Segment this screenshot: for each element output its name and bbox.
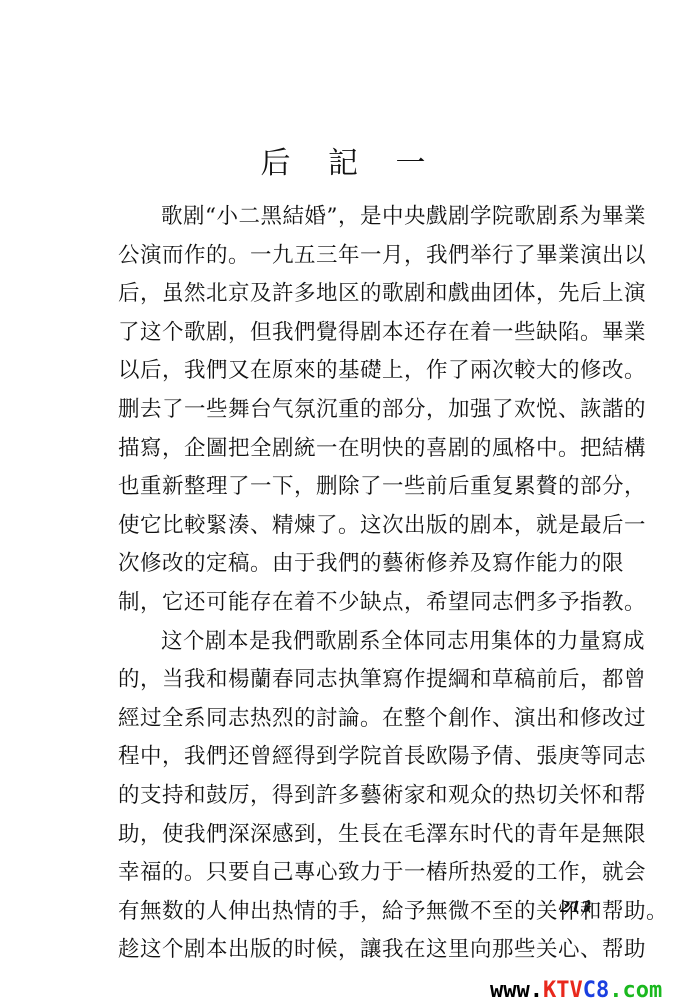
watermark-part: C8	[583, 978, 610, 1003]
text-line: 描寫，企圖把全剧統一在明快的喜剧的風格中。把結構	[118, 430, 618, 469]
text-line: 了这个歌剧，但我們覺得剧本还存在着一些缺陷。畢業	[118, 314, 618, 353]
text-line: 以后，我們又在原來的基礎上，作了兩次較大的修改。	[118, 352, 618, 391]
watermark: www.KTVC8.com	[490, 978, 662, 1003]
page-number: 213	[560, 898, 591, 916]
text-line: 歌剧“小二黑結婚”，是中央戲剧学院歌剧系为畢業	[118, 198, 618, 237]
text-line: 制，它还可能存在着不少缺点，希望同志們多予指教。	[118, 584, 618, 623]
watermark-part: KTV	[543, 978, 583, 1003]
text-line: 公演而作的。一九五三年一月，我們举行了畢業演出以	[118, 237, 618, 276]
text-line: 趁这个剧本出版的时候，讓我在这里向那些关心、帮助	[118, 931, 618, 970]
text-line: 的，当我和楊蘭春同志执筆寫作提綱和草稿前后，都曾	[118, 661, 618, 700]
text-line: 使它比較緊湊、精煉了。这次出版的剧本，就是最后一	[118, 507, 618, 546]
text-line: 有無数的人伸出热情的手，給予無微不至的关怀和帮助。	[118, 893, 618, 932]
text-line: 程中，我們还曾經得到学院首長欧陽予倩、張庚等同志	[118, 738, 618, 777]
text-line: 也重新整理了一下，删除了一些前后重复累贅的部分，	[118, 468, 618, 507]
text-line: 次修改的定稿。由于我們的藝術修养及寫作能力的限	[118, 545, 618, 584]
body-text: 歌剧“小二黑結婚”，是中央戲剧学院歌剧系为畢業 公演而作的。一九五三年一月，我們…	[118, 198, 618, 970]
text-line: 經过全系同志热烈的討論。在整个創作、演出和修改过	[118, 700, 618, 739]
text-line: 后，虽然北京及許多地区的歌剧和戲曲团体，先后上演	[118, 275, 618, 314]
text-line: 的支持和鼓厉，得到許多藝術家和观众的热切关怀和帮	[118, 777, 618, 816]
watermark-part: .com	[609, 978, 662, 1003]
text-line: 删去了一些舞台气氛沉重的部分，加强了欢悦、詼諧的	[118, 391, 618, 430]
text-line: 幸福的。只要自己專心致力于一樁所热爱的工作，就会	[118, 854, 618, 893]
watermark-part: www.	[490, 978, 543, 1003]
page-title: 后 記 一	[0, 138, 700, 182]
text-line: 这个剧本是我們歌剧系全体同志用集体的力量寫成	[118, 623, 618, 662]
text-line: 助，使我們深深感到，生長在毛澤东时代的青年是無限	[118, 816, 618, 855]
